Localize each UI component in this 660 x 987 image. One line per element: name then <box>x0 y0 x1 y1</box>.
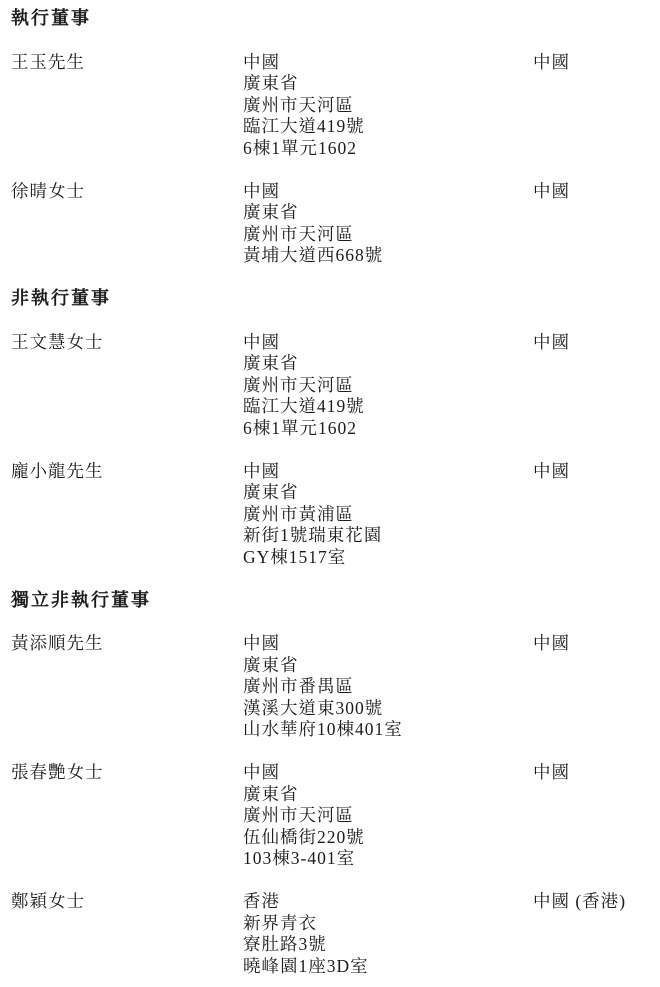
address-line: 廣州市天河區 <box>243 95 533 117</box>
director-row: 王玉先生 中國廣東省廣州市天河區臨江大道419號6棟1單元1602 中國 <box>11 52 649 160</box>
director-row: 張春艷女士 中國廣東省廣州市天河區伍仙橋街220號103棟3-401室 中國 <box>11 762 649 870</box>
address-line: 中國 <box>243 633 533 655</box>
director-nationality: 中國 <box>533 332 649 354</box>
director-address: 中國廣東省廣州市天河區臨江大道419號6棟1單元1602 <box>243 332 533 440</box>
director-name: 龐小龍先生 <box>11 461 243 483</box>
address-line: 中國 <box>243 332 533 354</box>
address-line: 廣州市番禺區 <box>243 676 533 698</box>
director-row: 徐晴女士 中國廣東省廣州市天河區黃埔大道西668號 中國 <box>11 181 649 267</box>
section-rows: 王文慧女士 中國廣東省廣州市天河區臨江大道419號6棟1單元1602 中國 龐小… <box>11 332 649 569</box>
director-name: 王玉先生 <box>11 52 243 74</box>
address-line: GY棟1517室 <box>243 547 533 569</box>
director-address: 香港新界青衣寮肚路3號曉峰園1座3D室 <box>243 891 533 977</box>
address-line: 曉峰園1座3D室 <box>243 956 533 978</box>
address-line: 黃埔大道西668號 <box>243 245 533 267</box>
director-name: 黃添順先生 <box>11 633 243 655</box>
address-line: 香港 <box>243 891 533 913</box>
address-line: 山水華府10棟401室 <box>243 719 533 741</box>
director-address: 中國廣東省廣州市黃浦區新街1號瑞東花園GY棟1517室 <box>243 461 533 569</box>
director-row: 王文慧女士 中國廣東省廣州市天河區臨江大道419號6棟1單元1602 中國 <box>11 332 649 440</box>
director-address: 中國廣東省廣州市天河區黃埔大道西668號 <box>243 181 533 267</box>
address-line: 廣東省 <box>243 73 533 95</box>
director-nationality: 中國 <box>533 633 649 655</box>
address-line: 廣東省 <box>243 784 533 806</box>
address-line: 伍仙橋街220號 <box>243 827 533 849</box>
section-heading: 非執行董事 <box>11 288 649 310</box>
address-line: 廣州市天河區 <box>243 224 533 246</box>
address-line: 新街1號瑞東花園 <box>243 525 533 547</box>
director-row: 龐小龍先生 中國廣東省廣州市黃浦區新街1號瑞東花園GY棟1517室 中國 <box>11 461 649 569</box>
address-line: 6棟1單元1602 <box>243 418 533 440</box>
director-address: 中國廣東省廣州市番禺區漢溪大道東300號山水華府10棟401室 <box>243 633 533 741</box>
address-line: 廣東省 <box>243 655 533 677</box>
address-line: 寮肚路3號 <box>243 934 533 956</box>
address-line: 廣東省 <box>243 202 533 224</box>
address-line: 中國 <box>243 181 533 203</box>
section-rows: 黃添順先生 中國廣東省廣州市番禺區漢溪大道東300號山水華府10棟401室 中國… <box>11 633 649 977</box>
address-line: 廣州市天河區 <box>243 375 533 397</box>
address-line: 中國 <box>243 461 533 483</box>
address-line: 臨江大道419號 <box>243 396 533 418</box>
director-nationality: 中國 (香港) <box>533 891 649 913</box>
director-name: 徐晴女士 <box>11 181 243 203</box>
directors-list: 執行董事 王玉先生 中國廣東省廣州市天河區臨江大道419號6棟1單元1602 中… <box>11 8 649 977</box>
director-address: 中國廣東省廣州市天河區伍仙橋街220號103棟3-401室 <box>243 762 533 870</box>
address-line: 漢溪大道東300號 <box>243 698 533 720</box>
address-line: 新界青衣 <box>243 913 533 935</box>
address-line: 廣州市黃浦區 <box>243 504 533 526</box>
section-heading: 獨立非執行董事 <box>11 590 649 612</box>
address-line: 廣東省 <box>243 353 533 375</box>
address-line: 中國 <box>243 52 533 74</box>
director-name: 張春艷女士 <box>11 762 243 784</box>
director-row: 鄭穎女士 香港新界青衣寮肚路3號曉峰園1座3D室 中國 (香港) <box>11 891 649 977</box>
director-nationality: 中國 <box>533 461 649 483</box>
director-name: 鄭穎女士 <box>11 891 243 913</box>
director-address: 中國廣東省廣州市天河區臨江大道419號6棟1單元1602 <box>243 52 533 160</box>
director-nationality: 中國 <box>533 762 649 784</box>
director-row: 黃添順先生 中國廣東省廣州市番禺區漢溪大道東300號山水華府10棟401室 中國 <box>11 633 649 741</box>
address-line: 103棟3-401室 <box>243 848 533 870</box>
section-heading: 執行董事 <box>11 8 649 30</box>
address-line: 廣州市天河區 <box>243 805 533 827</box>
director-section: 執行董事 王玉先生 中國廣東省廣州市天河區臨江大道419號6棟1單元1602 中… <box>11 8 649 267</box>
address-line: 廣東省 <box>243 482 533 504</box>
director-name: 王文慧女士 <box>11 332 243 354</box>
director-nationality: 中國 <box>533 181 649 203</box>
director-nationality: 中國 <box>533 52 649 74</box>
director-section: 獨立非執行董事 黃添順先生 中國廣東省廣州市番禺區漢溪大道東300號山水華府10… <box>11 590 649 978</box>
director-section: 非執行董事 王文慧女士 中國廣東省廣州市天河區臨江大道419號6棟1單元1602… <box>11 288 649 568</box>
section-rows: 王玉先生 中國廣東省廣州市天河區臨江大道419號6棟1單元1602 中國 徐晴女… <box>11 52 649 267</box>
address-line: 臨江大道419號 <box>243 116 533 138</box>
address-line: 中國 <box>243 762 533 784</box>
address-line: 6棟1單元1602 <box>243 138 533 160</box>
